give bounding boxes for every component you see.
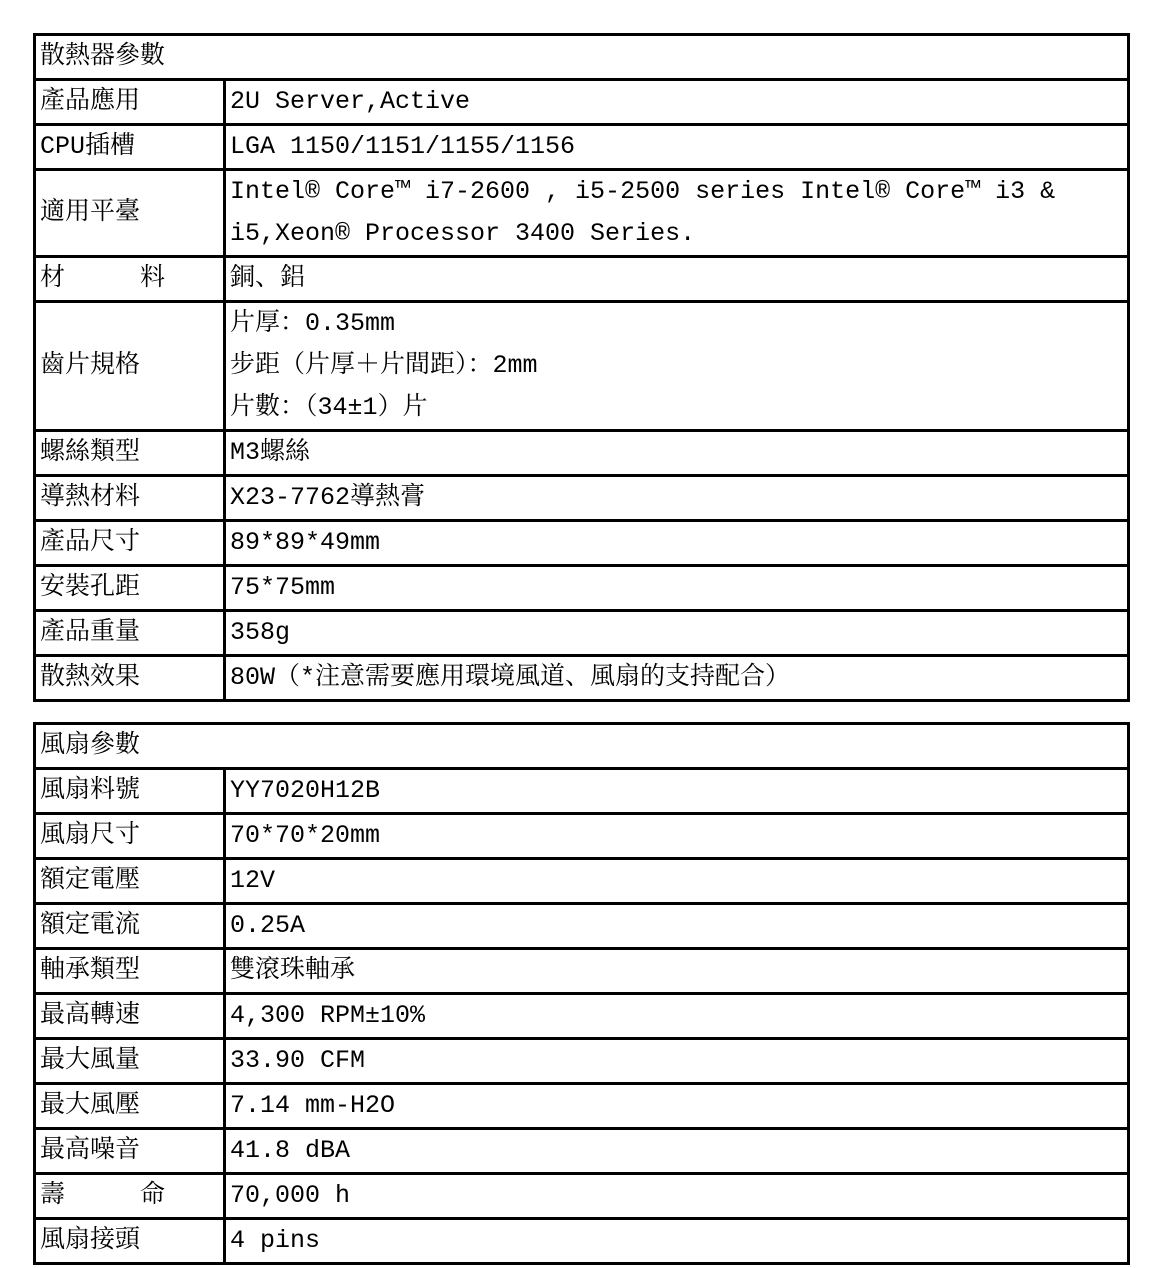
table-row: 最大風壓 7.14 mm-H2O <box>35 1084 1129 1129</box>
spec-label: 最大風量 <box>35 1039 225 1084</box>
spec-value-line: 片數：（34±1）片 <box>230 387 1123 429</box>
table-row: 額定電壓 12V <box>35 859 1129 904</box>
table-row: 最高噪音 41.8 dBA <box>35 1129 1129 1174</box>
fan-spec-table: 風扇參數 風扇料號 YY7020H12B 風扇尺寸 70*70*20mm 額定電… <box>33 722 1130 1265</box>
spec-label: 壽 命 <box>35 1174 225 1219</box>
spec-label: 材 料 <box>35 257 225 302</box>
spec-value: 4 pins <box>225 1219 1129 1264</box>
spec-label: 額定電壓 <box>35 859 225 904</box>
table-row: 最高轉速 4,300 RPM±10% <box>35 994 1129 1039</box>
spec-label: 風扇料號 <box>35 769 225 814</box>
table-row: 螺絲類型 M3螺絲 <box>35 431 1129 476</box>
spec-value: 片厚：0.35mm 步距（片厚＋片間距）：2mm 片數：（34±1）片 <box>225 302 1129 431</box>
spec-label: 最大風壓 <box>35 1084 225 1129</box>
table-row: 最大風量 33.90 CFM <box>35 1039 1129 1084</box>
table-row: 風扇料號 YY7020H12B <box>35 769 1129 814</box>
spec-value: 33.90 CFM <box>225 1039 1129 1084</box>
spec-value: 80W（*注意需要應用環境風道、風扇的支持配合） <box>225 656 1129 701</box>
spec-value: 12V <box>225 859 1129 904</box>
spec-label: 額定電流 <box>35 904 225 949</box>
table-row: 壽 命 70,000 h <box>35 1174 1129 1219</box>
spec-label: 最高轉速 <box>35 994 225 1039</box>
heatsink-spec-table: 散熱器參數 產品應用 2U Server,Active CPU插槽 LGA 11… <box>33 33 1130 702</box>
spec-label: 安裝孔距 <box>35 566 225 611</box>
spec-value: 70*70*20mm <box>225 814 1129 859</box>
spec-value: 7.14 mm-H2O <box>225 1084 1129 1129</box>
spec-value: X23-7762導熱膏 <box>225 476 1129 521</box>
spec-value-line: 片厚：0.35mm <box>230 303 1123 345</box>
table-row: 齒片規格 片厚：0.35mm 步距（片厚＋片間距）：2mm 片數：（34±1）片 <box>35 302 1129 431</box>
spec-value: 雙滾珠軸承 <box>225 949 1129 994</box>
spec-label: 導熱材料 <box>35 476 225 521</box>
spec-label: 最高噪音 <box>35 1129 225 1174</box>
fan-table-header-row: 風扇參數 <box>35 724 1129 769</box>
spec-label: 產品重量 <box>35 611 225 656</box>
table-row: 產品應用 2U Server,Active <box>35 80 1129 125</box>
spec-value: YY7020H12B <box>225 769 1129 814</box>
table-row: 產品重量 358g <box>35 611 1129 656</box>
spec-value: LGA 1150/1151/1155/1156 <box>225 125 1129 170</box>
spec-value: M3螺絲 <box>225 431 1129 476</box>
table-row: 產品尺寸 89*89*49mm <box>35 521 1129 566</box>
spec-label: 風扇接頭 <box>35 1219 225 1264</box>
spec-value: 358g <box>225 611 1129 656</box>
spec-value: 4,300 RPM±10% <box>225 994 1129 1039</box>
spec-label: 軸承類型 <box>35 949 225 994</box>
table-row: 風扇尺寸 70*70*20mm <box>35 814 1129 859</box>
spec-value-line: i5,Xeon® Processor 3400 Series. <box>230 213 1123 255</box>
table-row: CPU插槽 LGA 1150/1151/1155/1156 <box>35 125 1129 170</box>
spec-label: 齒片規格 <box>35 302 225 431</box>
spec-value-line: Intel® Core™ i7-2600 , i5-2500 series In… <box>230 171 1123 213</box>
spec-label: 產品應用 <box>35 80 225 125</box>
table-row: 散熱效果 80W（*注意需要應用環境風道、風扇的支持配合） <box>35 656 1129 701</box>
spec-value-line: 步距（片厚＋片間距）：2mm <box>230 345 1123 387</box>
spec-value: 70,000 h <box>225 1174 1129 1219</box>
spec-value: 89*89*49mm <box>225 521 1129 566</box>
spec-label: 散熱效果 <box>35 656 225 701</box>
table-row: 額定電流 0.25A <box>35 904 1129 949</box>
spec-value: 2U Server,Active <box>225 80 1129 125</box>
spec-value: 41.8 dBA <box>225 1129 1129 1174</box>
spec-label: 適用平臺 <box>35 170 225 257</box>
spec-label: 產品尺寸 <box>35 521 225 566</box>
table-row: 適用平臺 Intel® Core™ i7-2600 , i5-2500 seri… <box>35 170 1129 257</box>
heatsink-table-header-row: 散熱器參數 <box>35 35 1129 80</box>
table-row: 導熱材料 X23-7762導熱膏 <box>35 476 1129 521</box>
spec-sheet-page: 散熱器參數 產品應用 2U Server,Active CPU插槽 LGA 11… <box>0 0 1167 1268</box>
spec-value: 75*75mm <box>225 566 1129 611</box>
spec-value: 0.25A <box>225 904 1129 949</box>
spec-label: 風扇尺寸 <box>35 814 225 859</box>
table-row: 軸承類型 雙滾珠軸承 <box>35 949 1129 994</box>
spec-label: 螺絲類型 <box>35 431 225 476</box>
spec-label: CPU插槽 <box>35 125 225 170</box>
heatsink-table-title: 散熱器參數 <box>35 35 1129 80</box>
spec-value: Intel® Core™ i7-2600 , i5-2500 series In… <box>225 170 1129 257</box>
fan-table-title: 風扇參數 <box>35 724 1129 769</box>
spec-value: 銅、鋁 <box>225 257 1129 302</box>
table-row: 安裝孔距 75*75mm <box>35 566 1129 611</box>
table-row: 材 料 銅、鋁 <box>35 257 1129 302</box>
table-row: 風扇接頭 4 pins <box>35 1219 1129 1264</box>
